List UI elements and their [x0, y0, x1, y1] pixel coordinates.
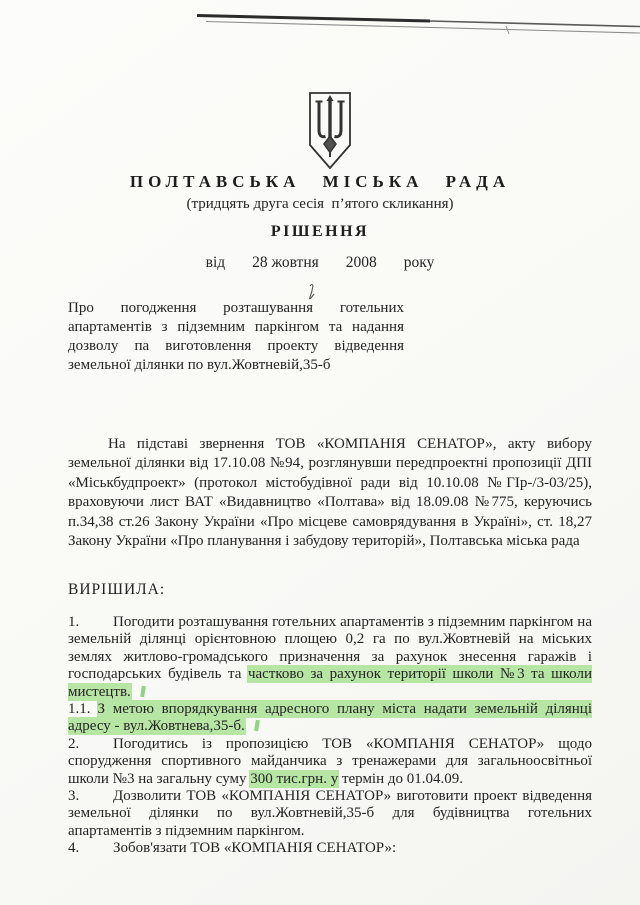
- preamble-paragraph: На підставі звернення ТОВ «КОМПАНІЯ СЕНА…: [68, 435, 592, 551]
- scanned-document-page: ПОЛТАВСЬКА МІСЬКА РАДА (тридцять друга с…: [0, 0, 640, 905]
- item-number: 4.: [68, 840, 113, 857]
- item-text: Зобов'язати ТОВ «КОМПАНІЯ СЕНАТОР»:: [113, 840, 396, 856]
- resolved-heading: ВИРІШИЛА:: [68, 581, 165, 599]
- item-number: 1.: [68, 614, 113, 631]
- item-number: 2.: [68, 736, 113, 753]
- resolution-item-1-1: 1.1.З метою впорядкування адресного план…: [68, 701, 592, 736]
- highlighted-text: З метою впорядкування адресного плану мі…: [68, 701, 592, 734]
- item-text: термін до 01.04.09.: [338, 771, 463, 787]
- resolution-item-3: 3.Дозволити ТОВ «КОМПАНІЯ СЕНАТОР» вигот…: [68, 788, 592, 840]
- highlighted-text: 300 тис.грн. у: [250, 771, 338, 787]
- date-day-month: 28 жовтня: [252, 254, 319, 272]
- tryzub-emblem-icon: [303, 90, 357, 172]
- scan-artifact-lines: [0, 0, 640, 42]
- org-name-title: ПОЛТАВСЬКА МІСЬКА РАДА: [0, 172, 640, 192]
- doc-type-title: РІШЕННЯ: [0, 223, 640, 241]
- session-subtitle: (тридцять друга сесія п’ятого скликання): [0, 196, 640, 213]
- highlighter-tick-mark: [140, 685, 146, 696]
- date-year: 2008: [346, 254, 377, 272]
- resolution-item-2: 2.Погодитись із пропозицією ТОВ «КОМПАНІ…: [68, 736, 592, 788]
- item-number: 1.1.: [68, 701, 91, 717]
- resolution-item-1: 1.Погодити розташування готельних апарта…: [68, 614, 592, 701]
- item-number: 3.: [68, 788, 113, 805]
- resolution-item-4: 4.Зобов'язати ТОВ «КОМПАНІЯ СЕНАТОР»:: [68, 840, 592, 857]
- subject-paragraph: Про погодження розташування готельних ап…: [68, 299, 404, 375]
- resolution-list: 1.Погодити розташування готельних апарта…: [68, 614, 592, 858]
- date-word-year: року: [404, 254, 435, 272]
- highlighter-tick-mark: [254, 720, 260, 731]
- date-word-prefix: від: [206, 254, 226, 272]
- item-text: Дозволити ТОВ «КОМПАНІЯ СЕНАТОР» виготов…: [68, 788, 592, 839]
- decision-date-line: від 28 жовтня 2008 року: [0, 254, 640, 272]
